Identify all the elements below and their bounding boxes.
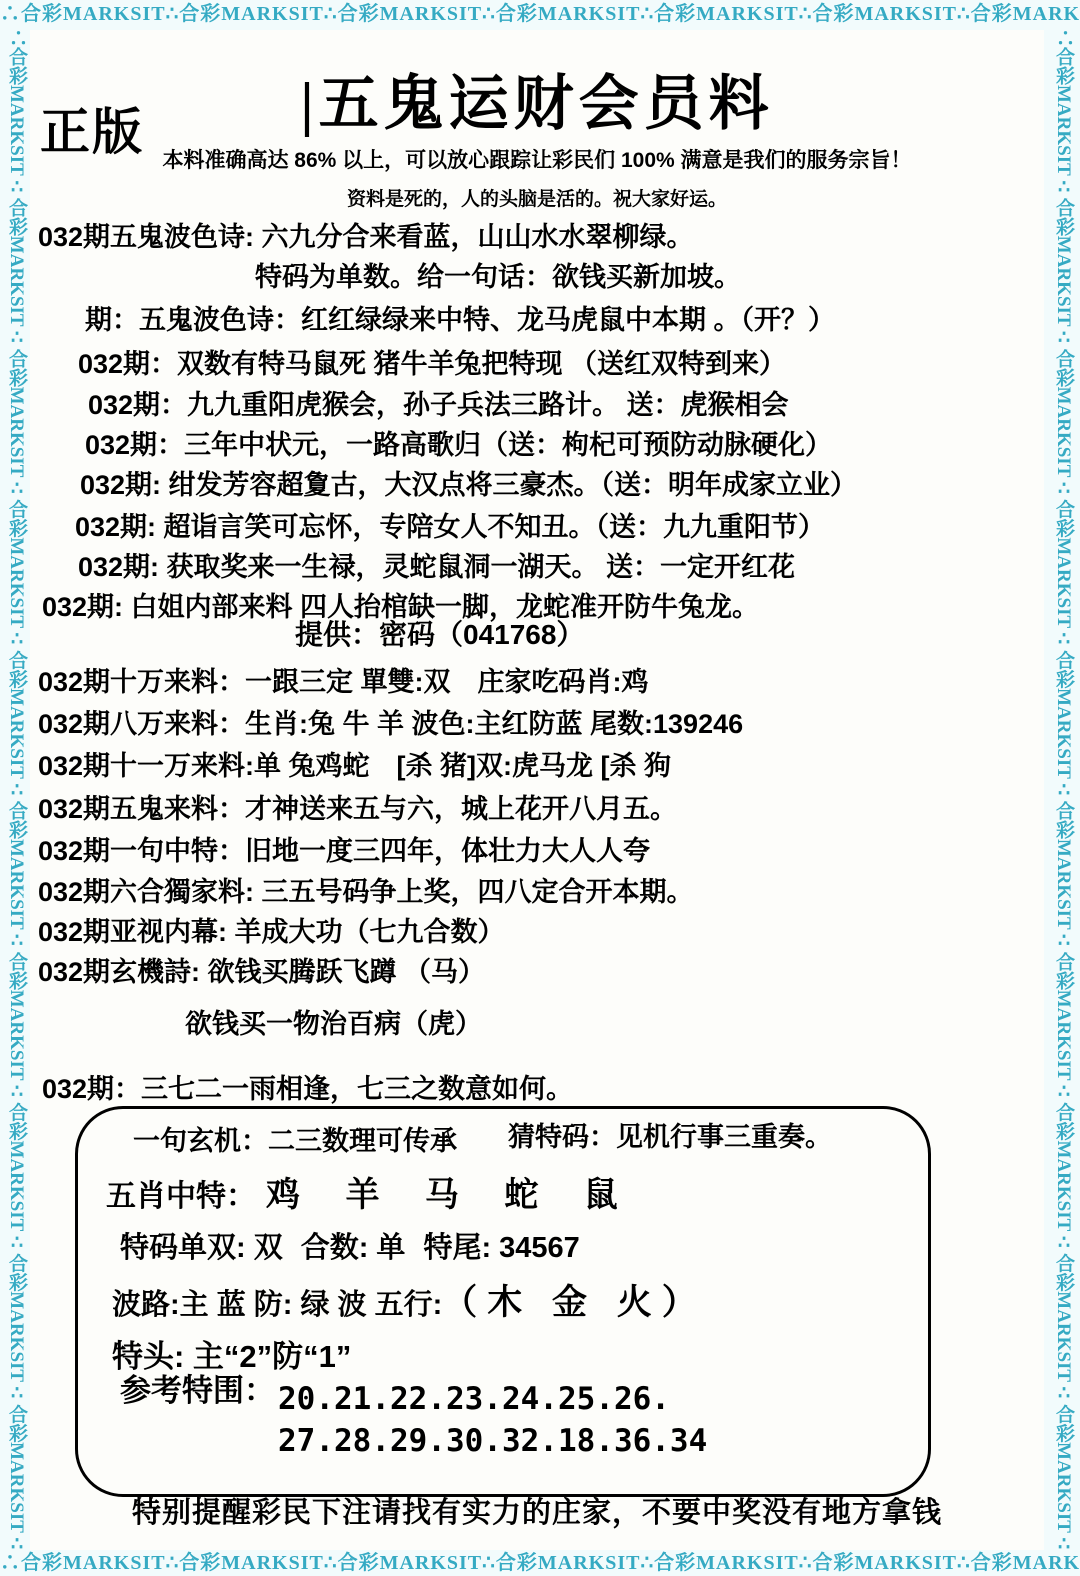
special-prediction-box: 一句玄机：二三数理可传承 猜特码：见机行事三重奏。 五肖中特：鸡 羊 马 蛇 鼠… [75, 1106, 931, 1497]
prediction-line: 032期: 获取奖来一生禄，灵蛇鼠洞一湖天。 送：一定开红花 [78, 545, 795, 584]
prediction-line: 特码为单数。给一句话：欲钱买新加坡。 [255, 255, 741, 294]
border-pattern-left: ∴合彩MARKSIT∴合彩MARKSIT∴合彩MARKSIT∴合彩MARKSIT… [0, 28, 30, 1550]
prediction-line: 032期十万来料：一跟三定 單雙:双 庄家吃码肖:鸡 [38, 660, 649, 699]
lottery-tip-sheet: ∴合彩MARKSIT∴合彩MARKSIT∴合彩MARKSIT∴合彩MARKSIT… [0, 0, 1080, 1576]
tail-value: 特尾: 34567 [423, 1232, 579, 1264]
prediction-line: 032期六合獨家料: 三五号码争上奖，四八定合开本期。 [38, 870, 694, 909]
special-code-guess: 猜特码：见机行事三重奏。 [508, 1115, 832, 1154]
prediction-line: 032期一句中特：旧地一度三四年，体壮力大人人夸 [38, 829, 650, 868]
border-pattern-bottom: ∴合彩MARKSIT∴合彩MARKSIT∴合彩MARKSIT∴合彩MARKSIT… [0, 1550, 1080, 1576]
reference-numbers-line1: 20.21.22.23.24.25.26. [278, 1381, 670, 1417]
prediction-line: 032期: 绀发芳容超夐古，大汉点将三豪杰。（送：明年成家立业） [80, 463, 857, 502]
footer-reminder: 特别提醒彩民下注请找有实力的庄家，不要中奖没有地方拿钱 [30, 1490, 1044, 1531]
border-pattern-right: ∴合彩MARKSIT∴合彩MARKSIT∴合彩MARKSIT∴合彩MARKSIT… [1044, 28, 1080, 1550]
odd-even-row: 特码单双: 双合数: 单特尾: 34567 [120, 1225, 580, 1266]
page-body: 正版 |五鬼运财会员料 本料准确高达 86% 以上，可以放心跟踪让彩民们 100… [30, 30, 1044, 1550]
reference-numbers-line2: 27.28.29.30.32.18.36.34 [278, 1423, 707, 1459]
border-pattern-top: ∴合彩MARKSIT∴合彩MARKSIT∴合彩MARKSIT∴合彩MARKSIT… [0, 0, 1080, 30]
prediction-line: 032期：双数有特马鼠死 猪牛羊兔把特现 （送红双特到来） [78, 342, 786, 381]
title-text: 五鬼运财会员料 [319, 71, 774, 137]
five-zodiac-label: 五肖中特： [106, 1180, 256, 1213]
prediction-line: 032期五鬼波色诗: 六九分合来看蓝，山山水水翠柳绿。 [38, 215, 694, 254]
prediction-line: 期：五鬼波色诗：红红绿绿来中特、龙马虎鼠中本期 。（开？） [85, 298, 835, 337]
motto-line: 资料是死的，人的头脑是活的。祝大家好运。 [30, 184, 1044, 211]
sum-value: 合数: 单 [301, 1232, 406, 1264]
password-line: 提供：密码（041768） [295, 613, 584, 653]
prediction-line: 欲钱买一物治百病（虎） [185, 1002, 482, 1041]
prediction-line: 032期：三年中状元，一路高歌归（送：枸杞可预防动脉硬化） [85, 423, 832, 462]
five-zodiac-values: 鸡 羊 马 蛇 鼠 [266, 1176, 636, 1214]
title-bar-mark: | [300, 71, 318, 137]
prediction-line: 032期: 超诣言笑可忘怀，专陪女人不知丑。（送：九九重阳节） [75, 505, 825, 544]
accuracy-subtitle: 本料准确高达 86% 以上，可以放心跟踪让彩民们 100% 满意是我们的服务宗旨… [30, 144, 1044, 174]
prediction-line: 032期十一万来料:单 兔鸡蛇 [杀 猪]双:虎马龙 [杀 狗 [38, 744, 671, 783]
page-title: |五鬼运财会员料 [30, 56, 1044, 142]
reference-range-label: 参考特围： [120, 1365, 275, 1410]
prediction-line: 032期五鬼来料：才神送来五与六，城上花开八月五。 [38, 787, 677, 826]
prediction-line: 032期亚视内幕: 羊成大功（七九合数） [38, 910, 505, 949]
odd-even-value: 特码单双: 双 [120, 1232, 283, 1264]
prediction-line: 032期八万来料：生肖:兔 牛 羊 波色:主红防蓝 尾数:139246 [38, 702, 743, 741]
five-zodiac-row: 五肖中特：鸡 羊 马 蛇 鼠 [106, 1167, 636, 1216]
mystery-hint: 一句玄机：二三数理可传承 [133, 1119, 457, 1158]
prediction-line: 032期玄機詩: 欲钱买腾跃飞蹲 （马） [38, 950, 485, 989]
prediction-line: 032期：九九重阳虎猴会，孙子兵法三路计。 送：虎猴相会 [88, 383, 789, 422]
wave-route-value: 波路:主 蓝 防: 绿 波 五行: [112, 1289, 442, 1321]
wave-route-row: 波路:主 蓝 防: 绿 波 五行:（木 金 火） [112, 1275, 707, 1325]
five-elements-value: （木 金 火） [442, 1283, 706, 1322]
prediction-line: 032期：三七二一雨相逢，七三之数意如何。 [42, 1067, 573, 1106]
